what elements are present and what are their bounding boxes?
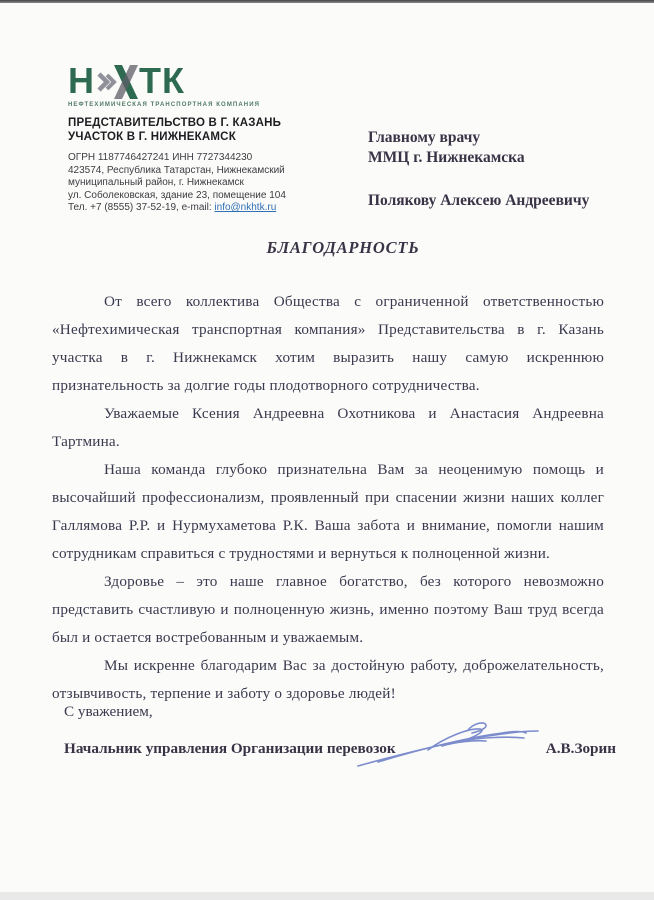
paragraph-gratitude: Наша команда глубоко признательна Вам за… (52, 456, 604, 568)
addressee-gap (368, 168, 589, 191)
paragraph-intro: От всего коллектива Общества с ограничен… (52, 288, 604, 400)
addressee-role: Главному врачу (368, 128, 589, 148)
paragraph-salute-doctors: Уважаемые Ксения Андреевна Охотникова и … (52, 400, 604, 456)
contact-ogrn-inn: ОГРН 1187746427241 ИНН 7727344230 (68, 152, 358, 165)
company-logo: Н ТК (68, 60, 358, 100)
handwritten-signature-ink (352, 712, 544, 774)
phone-label: Тел. +7 (8555) 37-52-19, e-mail: (68, 202, 214, 213)
contact-street: ул. Соболековская, здание 23, помещение … (68, 190, 358, 203)
contact-region: 423574, Республика Татарстан, Нижнекамск… (68, 165, 358, 178)
letter-body: БЛАГОДАРНОСТЬ От всего коллектива Общест… (52, 238, 604, 708)
office-lines: ПРЕДСТАВИТЕЛЬСТВО В Г. КАЗАНЬ УЧАСТОК В … (68, 117, 358, 144)
letterhead: Н ТК НЕФТЕХИМИЧЕСКАЯ ТРАНСПОРТНАЯ КОМПАН… (68, 60, 358, 215)
office-line-kazan: ПРЕДСТАВИТЕЛЬСТВО В Г. КАЗАНЬ (68, 117, 358, 131)
addressee-organization: ММЦ г. Нижнекамска (368, 148, 589, 168)
contact-phone-email: Тел. +7 (8555) 37-52-19, e-mail: info@nk… (68, 202, 358, 215)
office-line-nizhnekamsk: УЧАСТОК В Г. НИЖНЕКАМСК (68, 131, 358, 145)
scan-top-edge (0, 0, 654, 3)
addressee-person: Полякову Алексею Андреевичу (368, 191, 589, 211)
logo-tagline: НЕФТЕХИМИЧЕСКАЯ ТРАНСПОРТНАЯ КОМПАНИЯ (68, 102, 358, 108)
logo-letter-n: Н (68, 62, 95, 100)
paragraph-thanks: Мы искренне благодарим Вас за достойную … (52, 652, 604, 708)
logo-letters-tk: ТК (139, 62, 185, 100)
signer-name: А.В.Зорин (546, 740, 616, 758)
scanned-letter-page: Н ТК НЕФТЕХИМИЧЕСКАЯ ТРАНСПОРТНАЯ КОМПАН… (0, 0, 654, 900)
contact-district: муниципальный район, г. Нижнекамск (68, 177, 358, 190)
addressee-block: Главному врачу ММЦ г. Нижнекамска Поляко… (368, 128, 589, 211)
letter-paragraphs: От всего коллектива Общества с ограничен… (52, 288, 604, 708)
scan-bottom-edge (0, 892, 654, 900)
letter-title: БЛАГОДАРНОСТЬ (52, 238, 604, 258)
signer-position: Начальник управления Организации перевоз… (64, 740, 396, 758)
nhtk-chevron-x-icon (96, 65, 138, 99)
paragraph-health: Здоровье – это наше главное богатство, б… (52, 568, 604, 652)
email-link[interactable]: info@nkhtk.ru (214, 202, 276, 213)
contact-block: ОГРН 1187746427241 ИНН 7727344230 423574… (68, 152, 358, 215)
